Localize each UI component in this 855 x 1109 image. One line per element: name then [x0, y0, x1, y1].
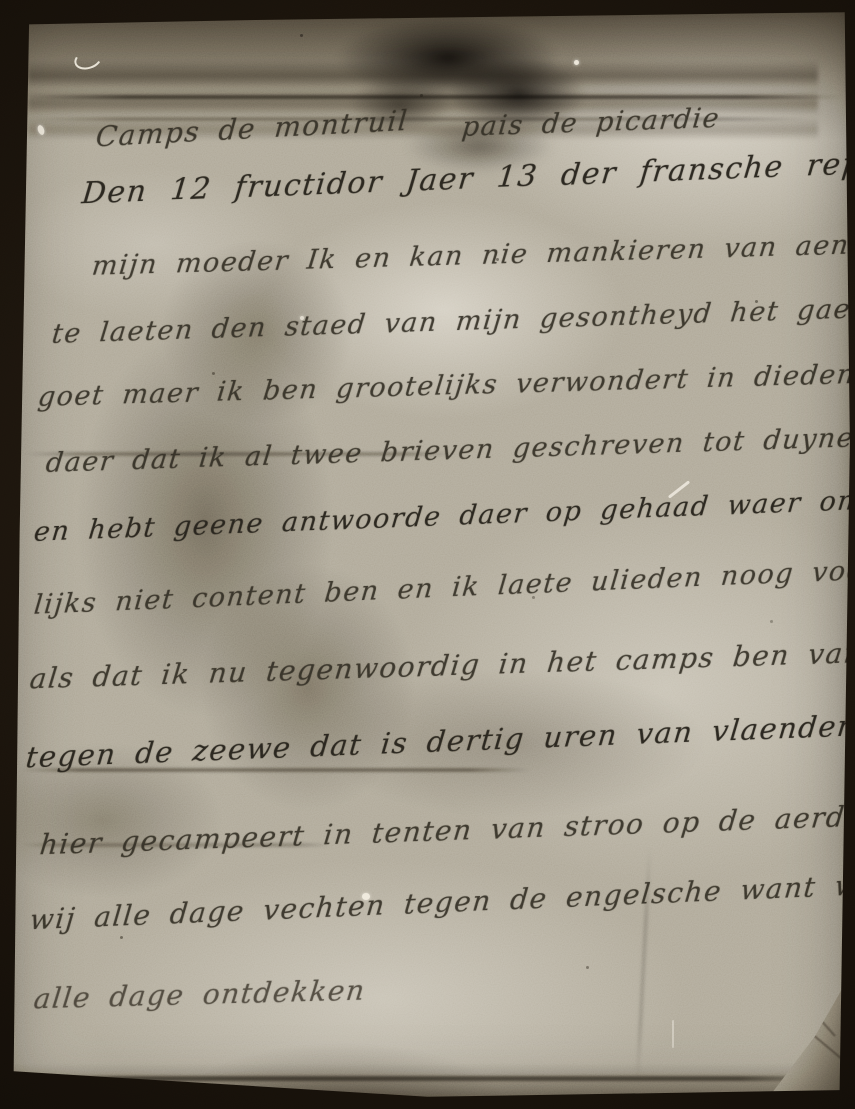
- photograph-background: Camps de montruil pais de picardie Den 1…: [0, 0, 855, 1109]
- paper-edge-shadow: [0, 0, 855, 1109]
- letter-page: Camps de montruil pais de picardie Den 1…: [0, 0, 855, 1109]
